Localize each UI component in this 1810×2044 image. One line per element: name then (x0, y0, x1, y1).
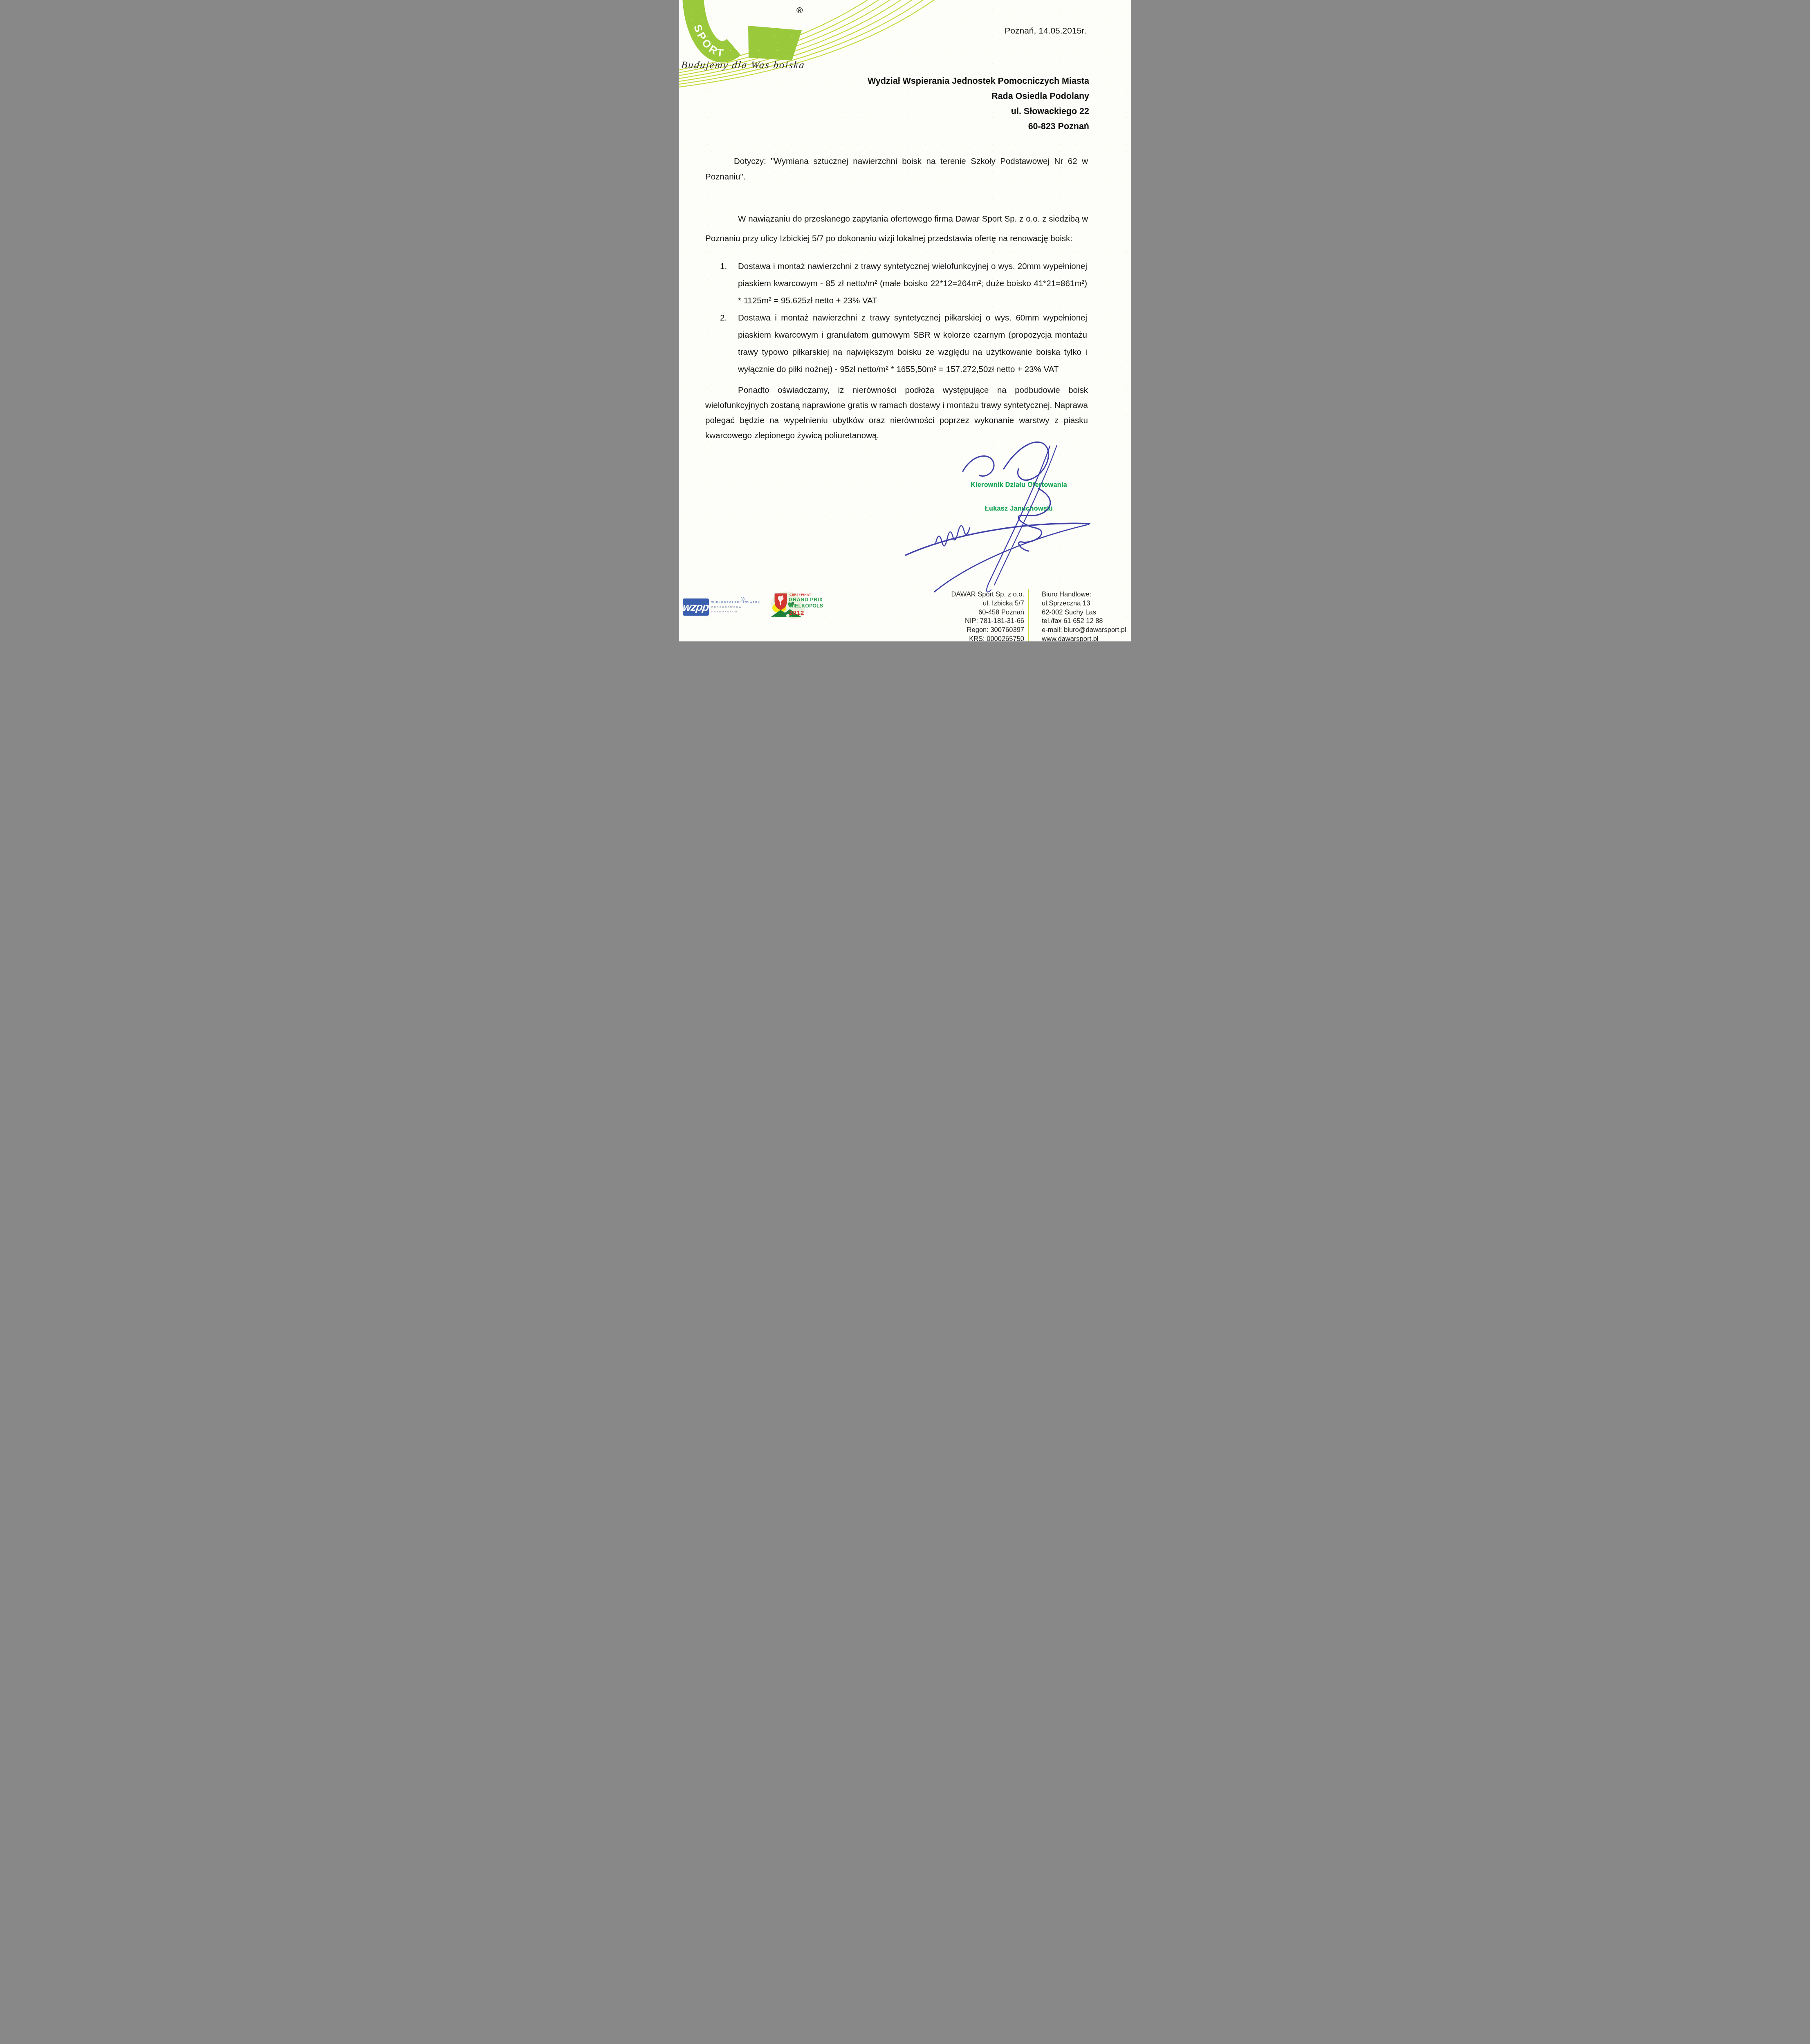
letter-page: SPORT ® Budujemy dla Was boiska Poznań, … (679, 0, 1131, 641)
registered-trademark-icon: ® (796, 6, 803, 16)
cert-line-wielkopolski: WIELKOPOLSKI (789, 603, 823, 609)
wzpp-logo-text: wzpp (682, 602, 709, 613)
grand-prix-certificate-logo: CERTYFIKAT GRAND PRIX WIELKOPOLSKI 2012 (769, 591, 823, 621)
office-info-line: www.dawarsport.pl (1042, 635, 1126, 641)
recipient-line: Wydział Wspierania Jednostek Pomocniczyc… (868, 74, 1089, 89)
cert-line-year: 2012 (789, 610, 804, 616)
office-info-line: 62-002 Suchy Las (1042, 608, 1126, 617)
logo-slogan: Budujemy dla Was boiska (681, 60, 806, 71)
offer-list: 1. Dostawa i montaż nawierzchni z trawy … (720, 258, 1087, 378)
recipient-line: 60-823 Poznań (868, 119, 1089, 134)
office-info-line: ul.Sprzeczna 13 (1042, 599, 1126, 608)
logo-parallelogram (748, 26, 802, 61)
company-info-line: ul. Izbicka 5/7 (951, 599, 1024, 608)
office-info-line: Biuro Handlowe: (1042, 590, 1126, 599)
recipient-line: ul. Słowackiego 22 (868, 104, 1089, 119)
company-info-line: KRS: 0000265750 (951, 635, 1024, 641)
wzpp-name-line: PRACODAWCÓW (711, 605, 761, 609)
handwritten-signature-scribble (899, 439, 1096, 603)
offer-item-number: 2. (720, 309, 738, 327)
offer-item-2: 2. Dostawa i montaż nawierzchni z trawy … (720, 309, 1087, 378)
offer-item-text: Dostawa i montaż nawierzchni z trawy syn… (738, 258, 1087, 309)
wzpp-registered-icon: ® (741, 596, 745, 602)
recipient-address: Wydział Wspierania Jednostek Pomocniczyc… (868, 74, 1089, 134)
letter-date: Poznań, 14.05.2015r. (1005, 26, 1086, 36)
company-registration-info: DAWAR Sport Sp. z o.o. ul. Izbicka 5/7 6… (951, 590, 1024, 641)
company-info-line: 60-458 Poznań (951, 608, 1024, 617)
cert-line-certyfikat: CERTYFIKAT (789, 593, 811, 596)
wzpp-name-line: WIELKOPOLSKI ZWIĄZEK (711, 600, 761, 605)
sales-office-info: Biuro Handlowe: ul.Sprzeczna 13 62-002 S… (1042, 590, 1126, 641)
offer-item-number: 1. (720, 258, 738, 275)
offer-item-text: Dostawa i montaż nawierzchni z trawy syn… (738, 309, 1087, 378)
intro-paragraph: W nawiązaniu do przesłanego zapytania of… (705, 209, 1088, 248)
subject-paragraph: Dotyczy: "Wymiana sztucznej nawierzchni … (705, 154, 1088, 184)
company-info-line: NIP: 781-181-31-66 (951, 617, 1024, 626)
office-info-line: tel./fax 61 652 12 88 (1042, 617, 1126, 626)
company-info-line: DAWAR Sport Sp. z o.o. (951, 590, 1024, 599)
office-info-line: e-mail: biuro@dawarsport.pl (1042, 626, 1126, 635)
cert-line-grand-prix: GRAND PRIX (789, 597, 823, 603)
wzpp-logo: wzpp (683, 598, 709, 616)
company-info-line: Regon: 300760397 (951, 626, 1024, 635)
offer-item-1: 1. Dostawa i montaż nawierzchni z trawy … (720, 258, 1087, 309)
wzpp-association-name: WIELKOPOLSKI ZWIĄZEK PRACODAWCÓW PRYWATN… (711, 600, 761, 614)
closing-paragraph: Ponadto oświadczamy, iż nierówności podł… (705, 383, 1088, 443)
wzpp-name-line: PRYWATNYCH (711, 609, 761, 614)
recipient-line: Rada Osiedla Podolany (868, 89, 1089, 104)
footer-divider-line (1028, 589, 1029, 641)
